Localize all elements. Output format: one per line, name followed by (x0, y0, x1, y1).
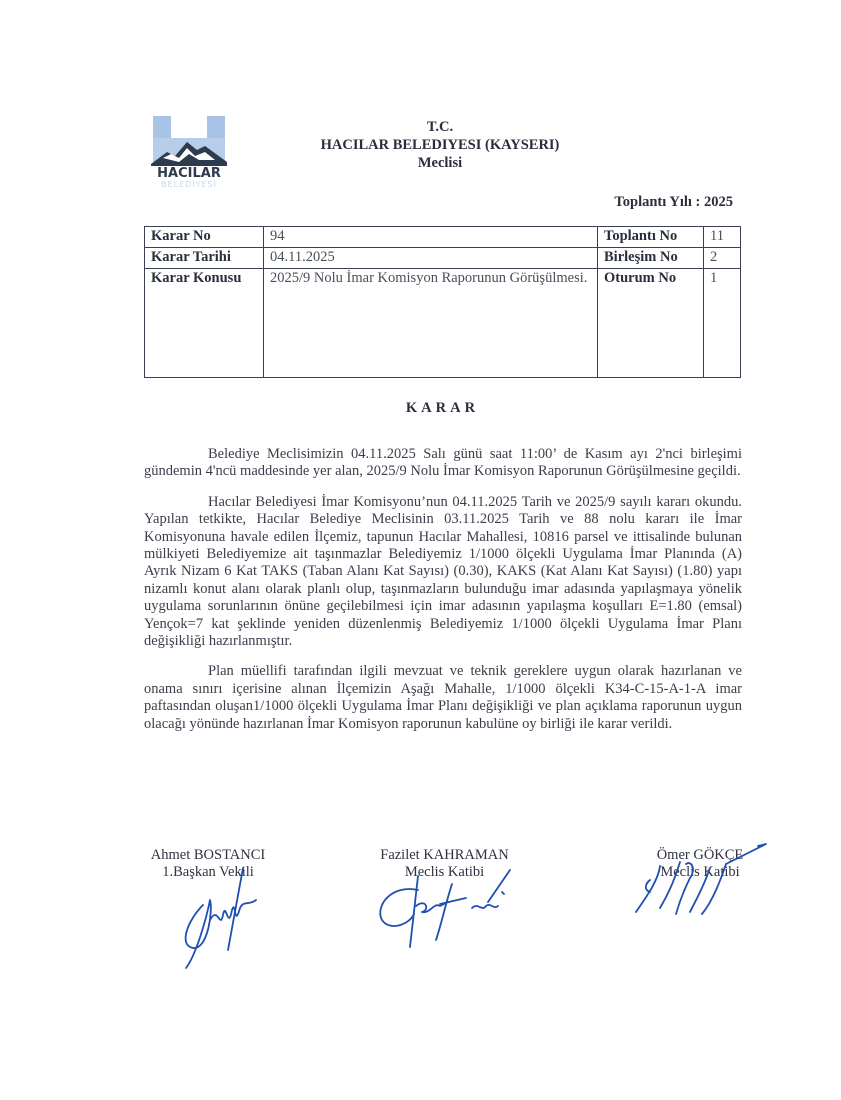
document-header: T.C. HACILAR BELEDIYESI (KAYSERI) Meclis… (240, 118, 640, 172)
signatory-name: Fazilet KAHRAMAN (380, 847, 508, 863)
decision-meta-table: Karar No 94 Toplantı No 11 Karar Tarihi … (144, 226, 741, 378)
signature-ink-icon (168, 860, 258, 970)
header-council: Meclisi (240, 154, 640, 172)
municipality-logo: HACILAR BELEDİYESİ (149, 114, 229, 194)
decision-body: Belediye Meclisimizin 04.11.2025 Salı gü… (144, 446, 742, 746)
hacilar-mountain-logo-icon: HACILAR BELEDİYESİ (149, 114, 229, 194)
table-row: Karar Konusu 2025/9 Nolu İmar Komisyon R… (145, 269, 741, 378)
signature-ink-icon (370, 862, 530, 952)
signature-ink-icon (630, 842, 770, 917)
table-row: Karar Tarihi 04.11.2025 Birleşim No 2 (145, 248, 741, 269)
label-decision-no: Karar No (145, 227, 264, 248)
value-session-no: 2 (704, 248, 741, 269)
paragraph: Belediye Meclisimizin 04.11.2025 Salı gü… (144, 446, 742, 481)
svg-text:BELEDİYESİ: BELEDİYESİ (161, 179, 217, 189)
value-sitting-no: 1 (704, 269, 741, 378)
label-meeting-no: Toplantı No (598, 227, 704, 248)
value-decision-no: 94 (264, 227, 598, 248)
header-municipality: HACILAR BELEDIYESI (KAYSERI) (240, 136, 640, 154)
paragraph: Hacılar Belediyesi İmar Komisyonu’nun 04… (144, 494, 742, 651)
paragraph: Plan müellifi tarafından ilgili mevzuat … (144, 663, 742, 733)
label-sitting-no: Oturum No (598, 269, 704, 378)
value-decision-subject: 2025/9 Nolu İmar Komisyon Raporunun Görü… (264, 269, 598, 378)
label-decision-date: Karar Tarihi (145, 248, 264, 269)
meeting-year: Toplantı Yılı : 2025 (614, 194, 733, 211)
label-session-no: Birleşim No (598, 248, 704, 269)
header-tc: T.C. (240, 118, 640, 136)
table-row: Karar No 94 Toplantı No 11 (145, 227, 741, 248)
value-decision-date: 04.11.2025 (264, 248, 598, 269)
decision-title: KARAR (144, 400, 741, 417)
svg-text:HACILAR: HACILAR (157, 166, 221, 181)
label-decision-subject: Karar Konusu (145, 269, 264, 378)
value-meeting-no: 11 (704, 227, 741, 248)
